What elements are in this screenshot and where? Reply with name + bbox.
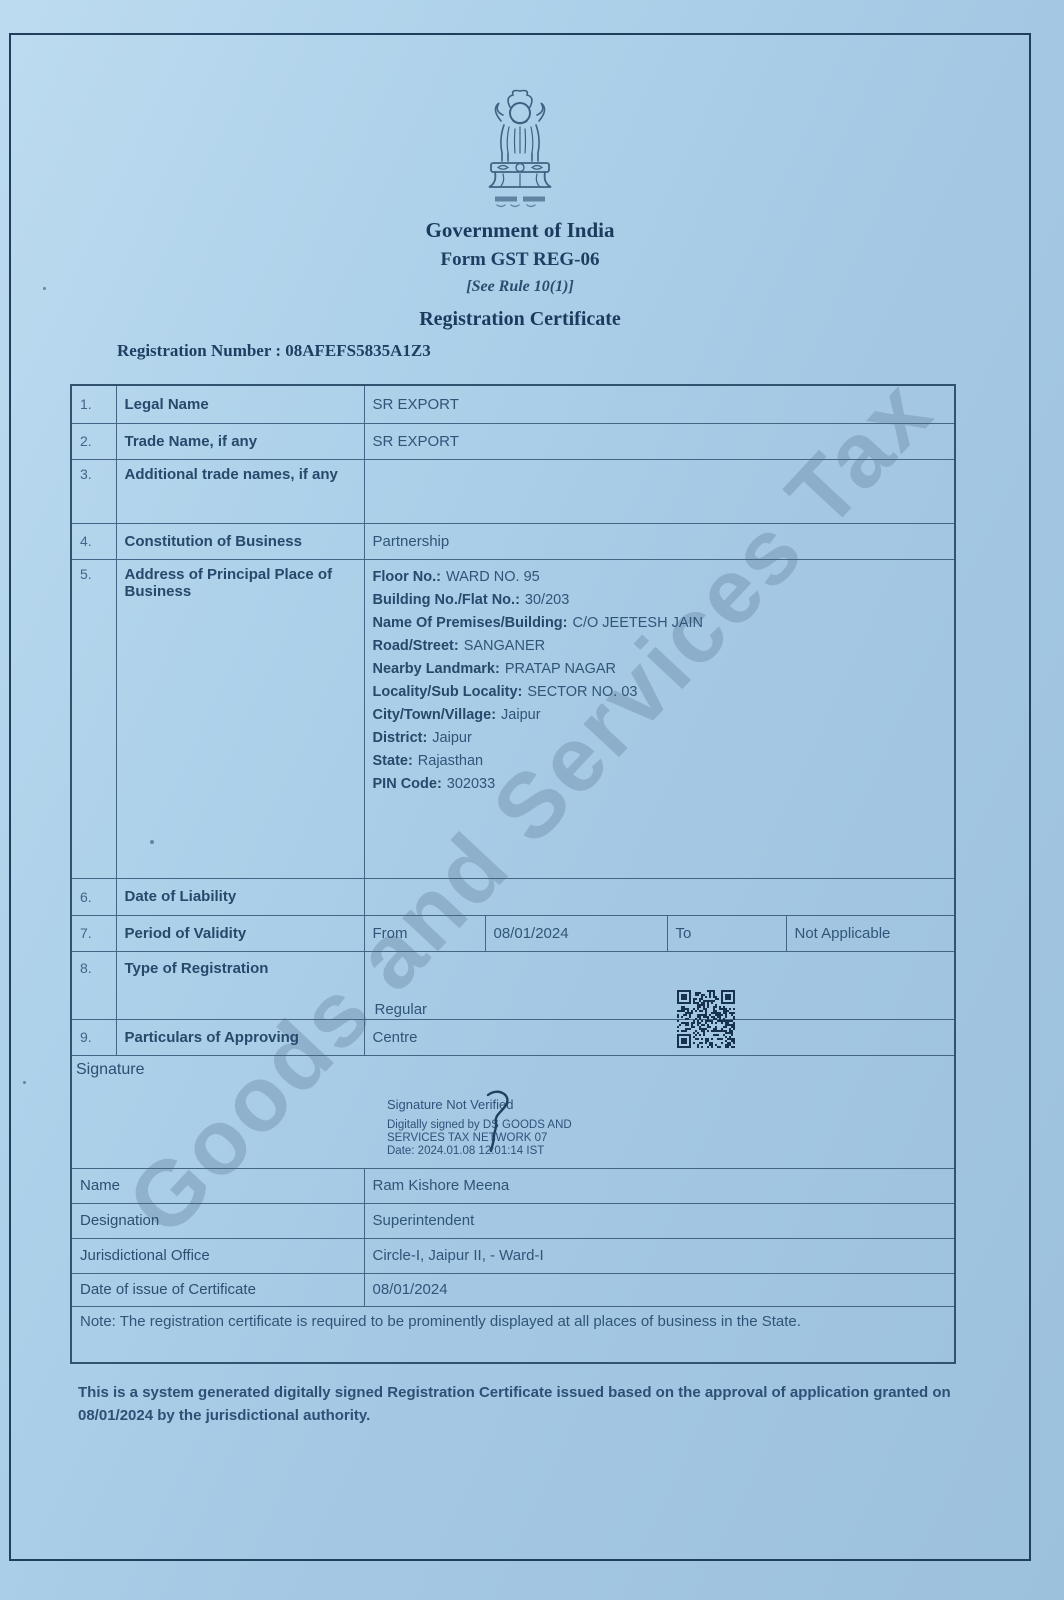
address-line: City/Town/Village:Jaipur bbox=[373, 704, 947, 727]
registration-number-label: Registration Number : bbox=[117, 341, 281, 360]
row-value bbox=[364, 878, 955, 915]
signature-row: Signature Signature Not Verified Digital… bbox=[71, 1055, 955, 1168]
address-line: Nearby Landmark:PRATAP NAGAR bbox=[373, 658, 947, 681]
row-number: 1. bbox=[71, 385, 116, 423]
form-name: Form GST REG-06 bbox=[11, 249, 1029, 271]
registration-number: 08AFEFS5835A1Z3 bbox=[285, 341, 430, 360]
detail-value: Circle-I, Jaipur II, - Ward-I bbox=[364, 1238, 955, 1273]
table-row-additional-trade-names: 3. Additional trade names, if any bbox=[71, 459, 955, 523]
signature-label: Signature bbox=[76, 1061, 145, 1079]
photo-speck bbox=[23, 1081, 26, 1084]
table-row-type-of-registration: 8. Type of Registration Regular bbox=[71, 951, 955, 1019]
row-number: 3. bbox=[71, 459, 116, 523]
validity-from-date: 08/01/2024 bbox=[485, 915, 667, 951]
photo-speck bbox=[150, 840, 154, 844]
row-value: Centre bbox=[364, 1019, 955, 1055]
detail-label: Jurisdictional Office bbox=[71, 1238, 364, 1273]
address-line: District:Jaipur bbox=[373, 727, 947, 750]
detail-label: Date of issue of Certificate bbox=[71, 1273, 364, 1306]
detail-label: Designation bbox=[71, 1203, 364, 1238]
row-value: Floor No.:WARD NO. 95 Building No./Flat … bbox=[364, 559, 955, 878]
row-value: Partnership bbox=[364, 523, 955, 559]
row-value: SR EXPORT bbox=[364, 385, 955, 423]
footer-statement: This is a system generated digitally sig… bbox=[78, 1381, 956, 1427]
row-label: Type of Registration bbox=[116, 951, 364, 1019]
row-number: 2. bbox=[71, 423, 116, 459]
detail-row-date-of-issue: Date of issue of Certificate 08/01/2024 bbox=[71, 1273, 955, 1306]
table-row-legal-name: 1. Legal Name SR EXPORT bbox=[71, 385, 955, 423]
signature-cell: Signature Signature Not Verified Digital… bbox=[72, 1057, 954, 1166]
address-line: Building No./Flat No.:30/203 bbox=[373, 589, 947, 612]
detail-label: Name bbox=[71, 1168, 364, 1203]
detail-value: 08/01/2024 bbox=[364, 1273, 955, 1306]
gov-title: Government of India bbox=[11, 218, 1029, 243]
photo-speck bbox=[43, 287, 46, 290]
document-border-frame: Goods and Services Tax bbox=[9, 33, 1031, 1561]
row-number: 7. bbox=[71, 915, 116, 951]
table-row-period-of-validity: 7. Period of Validity From 08/01/2024 To… bbox=[71, 915, 955, 951]
detail-row-designation: Designation Superintendent bbox=[71, 1203, 955, 1238]
registration-type-value: Regular bbox=[375, 1001, 428, 1018]
validity-to-label: To bbox=[667, 915, 786, 951]
note-text: Note: The registration certificate is re… bbox=[71, 1306, 955, 1363]
row-label: Constitution of Business bbox=[116, 523, 364, 559]
row-label: Address of Principal Place of Business bbox=[116, 559, 364, 878]
row-label: Period of Validity bbox=[116, 915, 364, 951]
row-label: Trade Name, if any bbox=[116, 423, 364, 459]
registration-number-line: Registration Number : 08AFEFS5835A1Z3 bbox=[117, 341, 431, 361]
address-block: Floor No.:WARD NO. 95 Building No./Flat … bbox=[373, 566, 947, 796]
row-label: Additional trade names, if any bbox=[116, 459, 364, 523]
address-line: State:Rajasthan bbox=[373, 750, 947, 773]
row-label: Legal Name bbox=[116, 385, 364, 423]
row-value: SR EXPORT bbox=[364, 423, 955, 459]
detail-value: Superintendent bbox=[364, 1203, 955, 1238]
row-label: Date of Liability bbox=[116, 878, 364, 915]
note-row: Note: The registration certificate is re… bbox=[71, 1306, 955, 1363]
table-row-principal-address: 5. Address of Principal Place of Busines… bbox=[71, 559, 955, 878]
table-row-approving-authority: 9. Particulars of Approving Centre bbox=[71, 1019, 955, 1055]
table-row-trade-name: 2. Trade Name, if any SR EXPORT bbox=[71, 423, 955, 459]
address-line: Road/Street:SANGANER bbox=[373, 635, 947, 658]
row-value: Regular bbox=[364, 951, 955, 1019]
table-row-constitution: 4. Constitution of Business Partnership bbox=[71, 523, 955, 559]
validity-from-label: From bbox=[364, 915, 485, 951]
signature-squiggle-mark bbox=[480, 1089, 520, 1155]
row-number: 6. bbox=[71, 878, 116, 915]
scanned-certificate-photo: Goods and Services Tax bbox=[0, 0, 1064, 1600]
detail-value: Ram Kishore Meena bbox=[364, 1168, 955, 1203]
india-state-emblem-icon bbox=[461, 87, 579, 215]
row-number: 9. bbox=[71, 1019, 116, 1055]
address-line: Locality/Sub Locality:SECTOR NO. 03 bbox=[373, 681, 947, 704]
rule-reference: [See Rule 10(1)] bbox=[11, 278, 1029, 296]
detail-row-jurisdictional-office: Jurisdictional Office Circle-I, Jaipur I… bbox=[71, 1238, 955, 1273]
certificate-table: 1. Legal Name SR EXPORT 2. Trade Name, i… bbox=[70, 384, 956, 1364]
row-label: Particulars of Approving bbox=[116, 1019, 364, 1055]
validity-to-value: Not Applicable bbox=[786, 915, 955, 951]
certificate-title: Registration Certificate bbox=[11, 308, 1029, 331]
row-number: 4. bbox=[71, 523, 116, 559]
address-line: PIN Code:302033 bbox=[373, 773, 947, 796]
qr-code bbox=[675, 990, 737, 1048]
address-line: Name Of Premises/Building:C/O JEETESH JA… bbox=[373, 612, 947, 635]
table-row-date-of-liability: 6. Date of Liability bbox=[71, 878, 955, 915]
row-number: 5. bbox=[71, 559, 116, 878]
address-line: Floor No.:WARD NO. 95 bbox=[373, 566, 947, 589]
detail-row-name: Name Ram Kishore Meena bbox=[71, 1168, 955, 1203]
row-value bbox=[364, 459, 955, 523]
emblem-block bbox=[11, 87, 1029, 220]
row-number: 8. bbox=[71, 951, 116, 1019]
